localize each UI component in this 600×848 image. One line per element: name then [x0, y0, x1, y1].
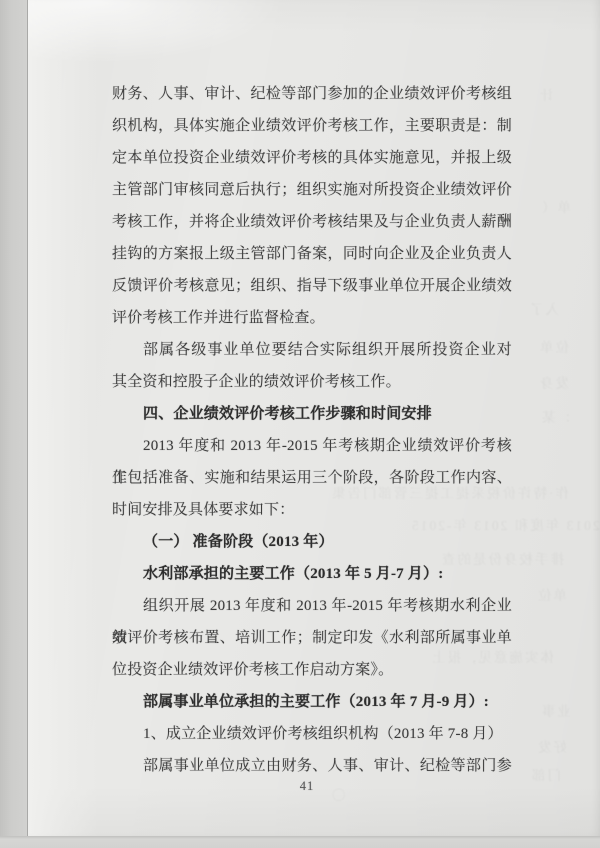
text-line: 作包括准备、实施和结果运用三个阶段，各阶段工作内容、 [112, 462, 512, 494]
text-line: 时间安排及具体要求如下： [112, 494, 512, 526]
text-line: 效评价考核布置、培训工作；制定印发《水利部所属事业单 [112, 622, 512, 654]
document-page: 财务、人事、审计、纪检等部门参加的企业绩效评价考核组织机构，具体实施企业绩效评价… [28, 0, 600, 836]
scan-stage: 财务、人事、审计、纪检等部门参加的企业绩效评价考核组织机构，具体实施企业绩效评价… [0, 0, 600, 848]
scan-bottom-strip [0, 836, 600, 848]
text-line: 1、成立企业绩效评价考核组织机构（2013 年 7-8 月） [112, 718, 512, 750]
page-number: 41 [21, 779, 593, 794]
text-line: 四、企业绩效评价考核工作步骤和时间安排 [112, 398, 512, 430]
text-line: 2013 年度和 2013 年-2015 年考核期企业绩效评价考核工 [112, 430, 512, 462]
text-line: 部属事业单位承担的主要工作（2013 年 7 月-9 月）: [112, 686, 512, 718]
text-line: 组织开展 2013 年度和 2013 年-2015 年考核期水利企业绩 [112, 590, 512, 622]
scan-gutter-strip [0, 0, 28, 848]
text-line: （一） 准备阶段（2013 年） [112, 526, 512, 558]
text-line: 定本单位投资企业绩效评价考核的具体实施意见，并报上级 [112, 142, 512, 174]
text-line: 织机构，具体实施企业绩效评价考核工作，主要职责是：制 [112, 110, 512, 142]
text-line: 部属事业单位成立由财务、人事、审计、纪检等部门参 [112, 750, 512, 782]
text-line: 挂钩的方案报上级主管部门备案，同时向企业及企业负责人 [112, 238, 512, 270]
text-line: 考核工作，并将企业绩效评价考核结果及与企业负责人薪酬 [112, 206, 512, 238]
text-line: 评价考核工作并进行监督检查。 [112, 302, 512, 334]
text-line: 反馈评价考核意见；组织、指导下级事业单位开展企业绩效 [112, 270, 512, 302]
text-line: 主管部门审核同意后执行；组织实施对所投资企业绩效评价 [112, 174, 512, 206]
text-line: 位投资企业绩效评价考核工作启动方案》。 [112, 654, 512, 686]
document-text: 财务、人事、审计、纪检等部门参加的企业绩效评价考核组织机构，具体实施企业绩效评价… [112, 78, 512, 782]
text-line: 其全资和控股子企业的绩效评价考核工作。 [112, 366, 512, 398]
text-line: 财务、人事、审计、纪检等部门参加的企业绩效评价考核组 [112, 78, 512, 110]
text-line: 水利部承担的主要工作（2013 年 5 月-7 月）: [112, 558, 512, 590]
text-line: 部属各级事业单位要结合实际组织开展所投资企业对 [112, 334, 512, 366]
